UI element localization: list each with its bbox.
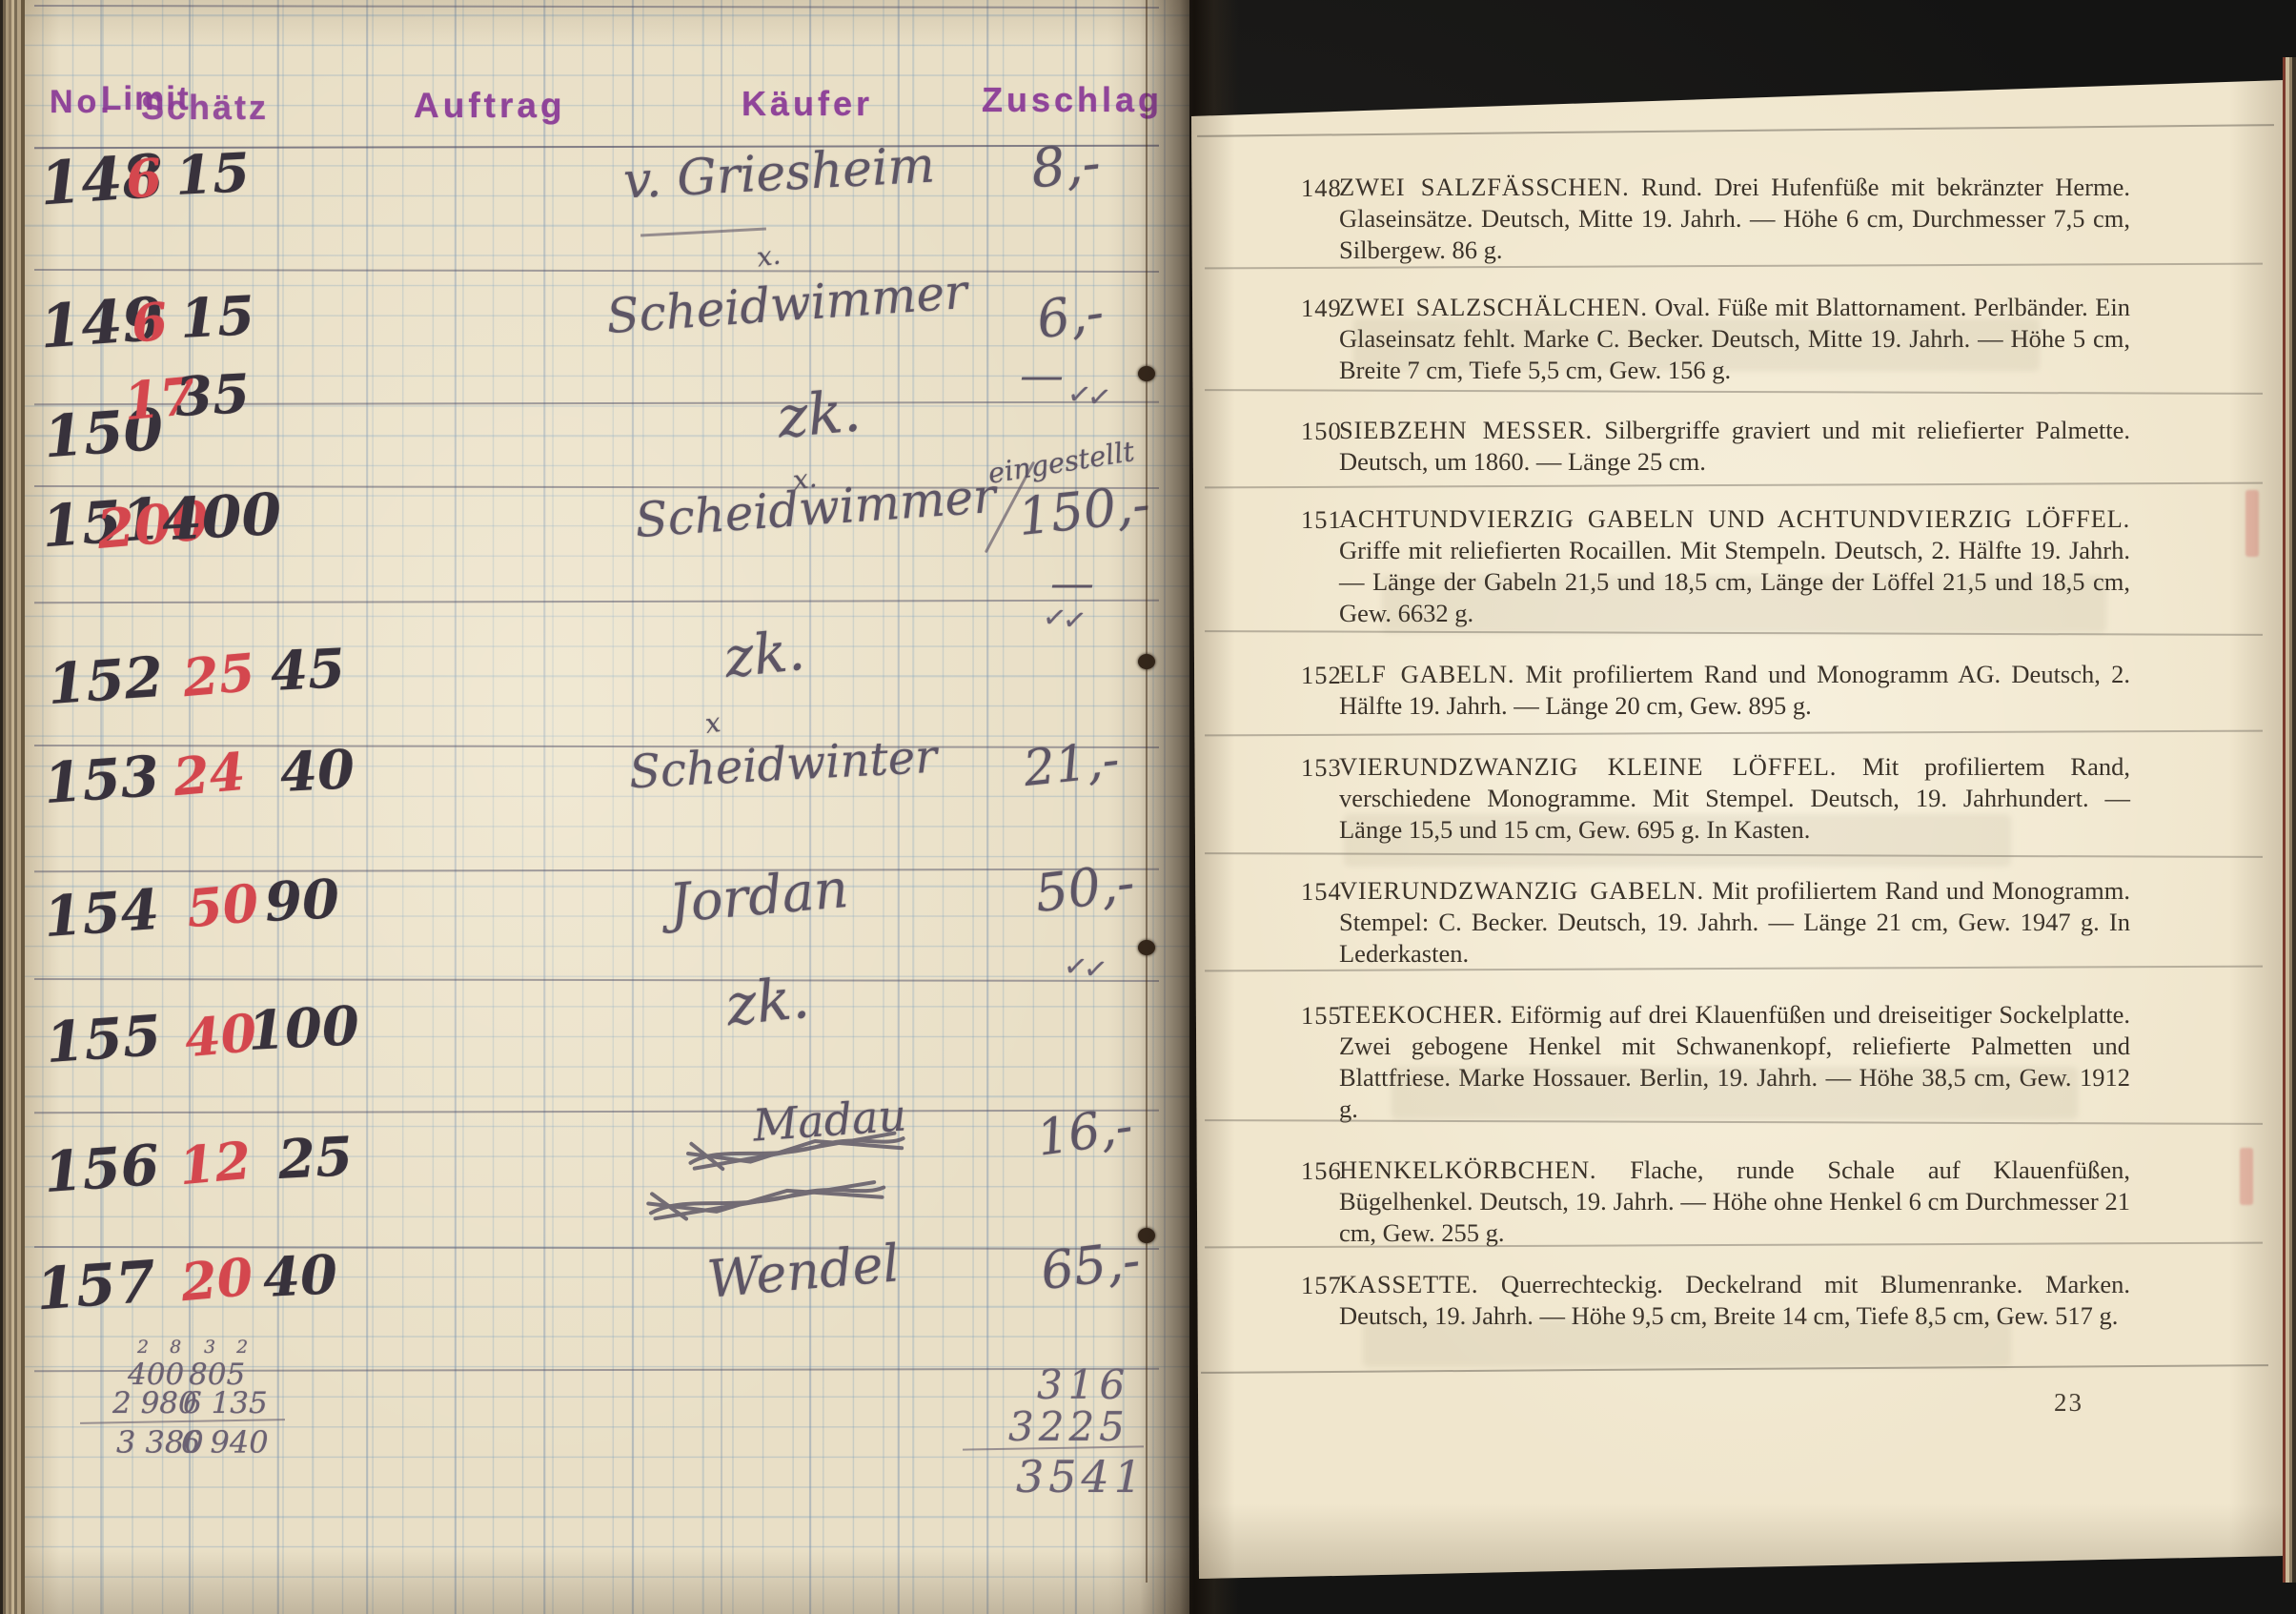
estimate-value: 400 <box>160 481 283 554</box>
estimate-value: 90 <box>263 868 340 934</box>
sum-schaetz-part2: 6 135 <box>183 1386 268 1420</box>
hammer-price: 21,- <box>1021 731 1122 798</box>
estimate-value: 40 <box>261 1243 338 1310</box>
buyer-name: zk. <box>775 378 864 451</box>
ledger-page: No. Limit Schätz Auftrag Käufer Zuschlag… <box>25 0 1189 1614</box>
entry-number: 151 <box>1301 504 1342 536</box>
buyer-underline <box>640 228 766 237</box>
lot-number: 157 <box>34 1249 158 1324</box>
book-spread-scan: No. Limit Schätz Auftrag Käufer Zuschlag… <box>0 0 2296 1614</box>
pencil-margin-line-top <box>1197 124 2274 136</box>
right-page-stack-edge <box>2283 57 2296 1583</box>
entry-separator <box>1205 389 2263 394</box>
limit-value: 24 <box>171 741 247 807</box>
entry-title: VIERUNDZWANZIG KLEINE LÖFFEL. <box>1339 752 1837 781</box>
catalog-entry: 148ZWEI SALZFÄSSCHEN. Rund. Drei Hufenfü… <box>1339 172 2130 266</box>
entry-title: SIEBZEHN MESSER. <box>1339 416 1593 444</box>
entry-body: Griffe mit reliefierten Rocaillen. Mit S… <box>1339 536 2130 627</box>
lot-number: 152 <box>46 644 166 717</box>
hammer-price: 65,- <box>1038 1230 1144 1301</box>
estimate-value: 40 <box>278 738 356 805</box>
entry-number: 148 <box>1301 173 1342 204</box>
catalog-entry: 150SIEBZEHN MESSER. Silbergriffe gravier… <box>1339 415 2130 478</box>
entry-rule <box>34 868 1159 872</box>
estimate-value: 15 <box>173 141 251 208</box>
buyer-name: Scheidwinter <box>628 730 939 800</box>
entry-title: HENKELKÖRBCHEN. <box>1339 1155 1596 1184</box>
estimate-value: 45 <box>269 637 346 704</box>
limit-value: 6 <box>123 146 164 210</box>
entry-number: 152 <box>1301 660 1342 691</box>
crossed-out-name <box>643 1172 891 1226</box>
sum-carry-schaetz: 3 2 <box>204 1337 255 1358</box>
buyer-name: Scheidwimmer <box>633 468 997 548</box>
estimate-value: 15 <box>178 284 255 351</box>
sum-zuschlag-part1: 316 <box>1037 1361 1130 1408</box>
catalog-entry: 153VIERUNDZWANZIG KLEINE LÖFFEL. Mit pro… <box>1339 751 2130 846</box>
buyer-name: Wendel <box>705 1233 902 1309</box>
column-header-kaeufer: Käufer <box>742 84 873 124</box>
limit-value: 6 <box>129 290 170 354</box>
column-header-auftrag: Auftrag <box>414 86 566 126</box>
limit-value: 50 <box>184 872 260 939</box>
limit-value: 25 <box>180 642 256 708</box>
lot-number: 153 <box>42 744 162 816</box>
catalog-entry: 157KASSETTE. Querrechteckig. Deckelrand … <box>1339 1269 2130 1332</box>
entry-rule <box>34 1110 1159 1113</box>
lot-number: 155 <box>44 1003 164 1075</box>
catalog-entry: 155TEEKOCHER. Eiförmig auf drei Klauenfü… <box>1339 999 2130 1125</box>
paid-check-mark: ✓✓ <box>1066 377 1110 416</box>
sum-zuschlag-part2: 3225 <box>1008 1403 1129 1450</box>
limit-value: 20 <box>178 1246 254 1313</box>
limit-value: 12 <box>176 1130 253 1196</box>
column-header-zuschlag: Zuschlag <box>982 80 1163 120</box>
entry-rule <box>34 5 1159 9</box>
column-header-schaetz: Schätz <box>141 88 269 128</box>
red-margin-mark <box>2240 1148 2253 1205</box>
red-margin-mark <box>2245 490 2259 557</box>
catalog-page: 148ZWEI SALZFÄSSCHEN. Rund. Drei Hufenfü… <box>1191 80 2284 1579</box>
entry-number: 155 <box>1301 1000 1342 1032</box>
crossed-out-name <box>683 1123 910 1176</box>
hammer-price: 6,- <box>1033 281 1107 350</box>
entry-number: 156 <box>1301 1155 1342 1187</box>
entry-title: KASSETTE. <box>1339 1270 1478 1298</box>
entry-title: ZWEI SALZFÄSSCHEN. <box>1339 173 1630 201</box>
estimate-value: 25 <box>276 1125 354 1192</box>
entry-title: VIERUNDZWANZIG GABELN. <box>1339 876 1704 905</box>
entry-title: ELF GABELN. <box>1339 660 1514 688</box>
catalog-entry: 154VIERUNDZWANZIG GABELN. Mit profiliert… <box>1339 875 2130 970</box>
estimate-value: 100 <box>246 994 360 1063</box>
hammer-price-dash: — <box>1050 557 1094 608</box>
entry-title: ZWEI SALZSCHÄLCHEN. <box>1339 293 1648 321</box>
entry-rule <box>34 978 1159 982</box>
sum-zuschlag-total: 3541 <box>1016 1451 1147 1502</box>
hammer-price: 50,- <box>1032 852 1138 924</box>
entry-title: ACHTUNDVIERZIG GABELN UND ACHTUNDVIERZIG… <box>1339 504 2130 533</box>
lot-number: 156 <box>42 1133 162 1205</box>
page-number: 23 <box>2054 1388 2083 1418</box>
entry-title: TEEKOCHER. <box>1339 1000 1503 1029</box>
entry-number: 149 <box>1301 293 1342 324</box>
entry-number: 150 <box>1301 416 1342 447</box>
sum-underline-left <box>80 1419 285 1424</box>
sum-schaetz-total: 6 940 <box>181 1424 269 1461</box>
entry-rule <box>34 600 1159 603</box>
entry-number: 153 <box>1301 752 1342 784</box>
lot-number: 154 <box>42 877 162 950</box>
catalog-entry: 149ZWEI SALZSCHÄLCHEN. Oval. Füße mit Bl… <box>1339 292 2130 386</box>
buyer-name: zk. <box>723 965 813 1040</box>
paid-check-mark: ✓✓ <box>1062 949 1107 988</box>
left-page-stack-edge <box>0 0 25 1614</box>
buyer-name: v. Griesheim <box>622 136 937 210</box>
estimate-value: 35 <box>173 362 251 429</box>
entry-number: 154 <box>1301 876 1342 908</box>
hammer-price: 16,- <box>1033 1097 1136 1167</box>
buyer-name: Scheidwimmer <box>604 264 968 344</box>
entry-separator <box>1205 730 2263 736</box>
entry-number: 157 <box>1301 1270 1342 1301</box>
catalog-entry: 152ELF GABELN. Mit profiliertem Rand und… <box>1339 659 2130 722</box>
buyer-x-mark: x. <box>755 238 782 273</box>
entry-separator <box>1205 482 2263 488</box>
hammer-price: 150,- <box>1015 474 1152 547</box>
catalog-entry: 156HENKELKÖRBCHEN. Flache, runde Schale … <box>1339 1154 2130 1249</box>
catalog-entry: 151ACHTUNDVIERZIG GABELN UND ACHTUNDVIER… <box>1339 503 2130 629</box>
entry-rule <box>34 269 1159 273</box>
sum-carry-limit: 2 8 <box>137 1337 189 1358</box>
hammer-price-dash: — <box>1020 349 1064 400</box>
buyer-name: zk. <box>721 618 808 690</box>
buyer-x-mark: x <box>703 706 722 740</box>
hammer-price: 8,- <box>1028 132 1104 200</box>
